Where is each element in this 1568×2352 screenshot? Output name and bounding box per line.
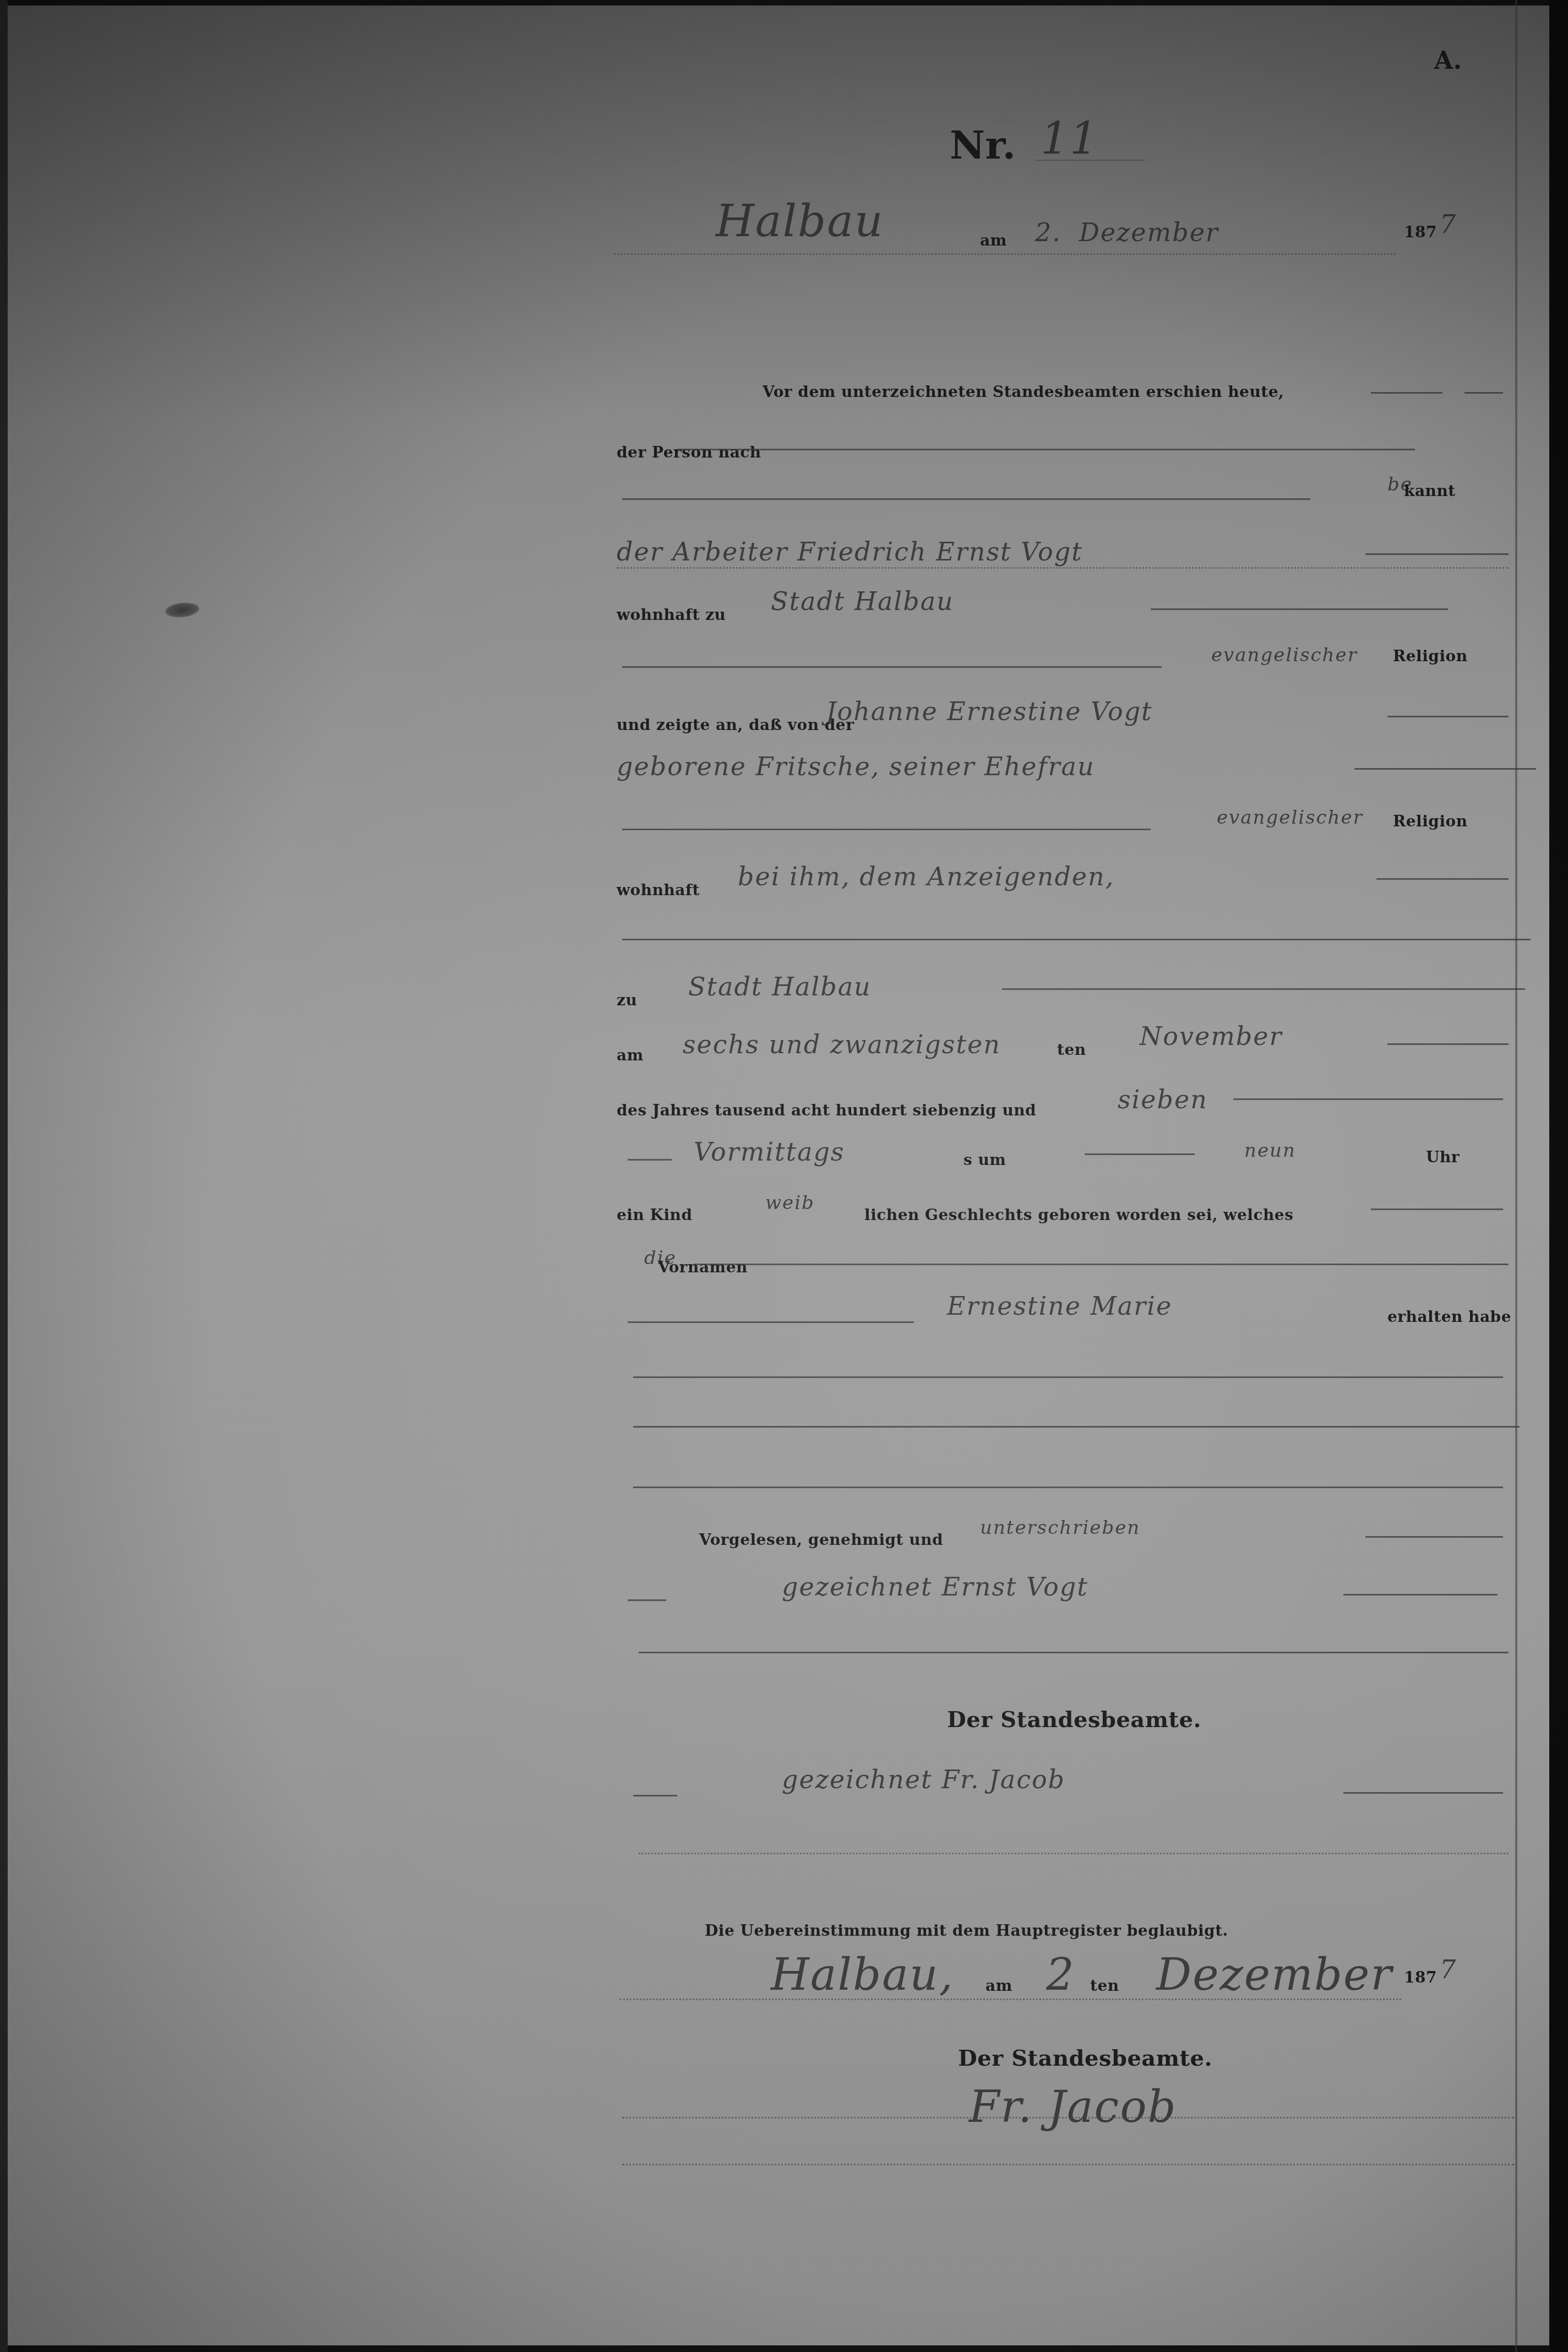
child-label: ein Kind <box>617 1206 692 1224</box>
reported-label: und zeigte an, daß von der <box>617 716 854 734</box>
scan-border-left <box>0 0 8 2352</box>
day-hand: 2. <box>1035 217 1061 247</box>
known-suffix: kannt <box>1404 482 1456 500</box>
zu-line <box>1002 988 1525 990</box>
month-hand: Dezember <box>1079 217 1219 247</box>
blank-line-4 <box>633 1487 1503 1488</box>
time-line-mid <box>1085 1153 1195 1155</box>
certification-month-hand: Dezember <box>1156 1949 1393 2000</box>
mother-residence-hand: bei ihm, dem Anzeigenden, <box>738 862 1114 891</box>
zu-label: zu <box>617 991 637 1009</box>
mother-residence-line <box>1376 878 1509 880</box>
scan-border-bottom <box>0 2345 1568 2352</box>
known-line <box>622 498 1310 500</box>
blank-line-1 <box>622 939 1531 940</box>
record-number-value: 11 <box>1041 113 1099 164</box>
year-hand: sieben <box>1118 1085 1208 1114</box>
approval-hand-2: gezeichnet Ernst Vogt <box>782 1572 1088 1602</box>
registrar-title-2: Der Standesbeamte. <box>958 2045 1212 2071</box>
registrar-line-1 <box>1343 1792 1503 1794</box>
certification-text: Die Uebereinstimmung mit dem Hauptregist… <box>705 1921 1228 1940</box>
registrar-line-pre <box>633 1795 677 1796</box>
place-date-line <box>614 253 1396 255</box>
approval-line-pre <box>628 1599 666 1601</box>
month-label: ten <box>1057 1041 1086 1059</box>
registrar-2-line-2 <box>622 2164 1514 2165</box>
corner-mark: A. <box>1434 47 1462 75</box>
blank-line-3 <box>633 1426 1520 1428</box>
vornamen-line <box>694 1264 1509 1265</box>
certification-year-digit: 7 <box>1440 1954 1457 1984</box>
religion-label-2: Religion <box>1393 812 1468 830</box>
mother-hand-2: geborene Fritsche, seiner Ehefrau <box>617 752 1095 781</box>
declarant-line <box>1365 553 1509 555</box>
residence-line <box>1151 608 1448 610</box>
given-names-line-pre <box>628 1321 914 1323</box>
certification-day-suffix: ten <box>1090 1977 1119 1995</box>
scan-border-top <box>0 0 1568 6</box>
religion-hand-2: evangelischer <box>1217 807 1363 829</box>
declarant-dotted <box>617 567 1509 569</box>
certification-year-printed: 187 <box>1404 1968 1437 1986</box>
residence-label: wohnhaft zu <box>617 606 726 624</box>
record-number-label: Nr. <box>950 122 1016 168</box>
approval-label: Vorgelesen, genehmigt und <box>699 1531 943 1549</box>
sex-label: lichen Geschlechts geboren worden sei, w… <box>864 1206 1293 1224</box>
religion-hand-1: evangelischer <box>1211 644 1358 666</box>
certification-am: am <box>986 1977 1012 1995</box>
page-margin-rule <box>1515 0 1517 2352</box>
certification-line <box>619 1999 1401 2000</box>
year-line <box>1233 1098 1503 1100</box>
uhr-label: Uhr <box>1426 1148 1460 1166</box>
birth-month-line <box>1387 1043 1509 1045</box>
zu-hand: Stadt Halbau <box>688 972 872 1001</box>
certification-day-hand: 2 <box>1046 1949 1075 2000</box>
scan-border-right <box>1549 0 1568 2352</box>
am-label-birth: am <box>617 1046 644 1064</box>
intro-text: Vor dem unterzeichneten Standesbeamten e… <box>763 383 1284 401</box>
um-label: s um <box>963 1151 1006 1169</box>
religion-line-2 <box>622 829 1151 830</box>
am-label: am <box>980 231 1007 249</box>
given-names-hand: Ernestine Marie <box>947 1291 1172 1321</box>
approval-line-2 <box>1343 1594 1498 1596</box>
mother-line-2 <box>1354 768 1536 770</box>
registrar-title-1: Der Standesbeamte. <box>947 1707 1201 1733</box>
certification-place-hand: Halbau, <box>771 1949 954 2000</box>
person-line <box>677 449 1415 450</box>
hour-hand: neun <box>1244 1140 1296 1162</box>
blank-line-2 <box>633 1376 1503 1378</box>
vornamen-label: Vornamen <box>658 1258 748 1276</box>
mother-line-1 <box>1387 716 1509 717</box>
year-label: des Jahres tausend acht hundert siebenzi… <box>617 1101 1036 1119</box>
sex-line <box>1371 1208 1503 1210</box>
sex-hand: weib <box>765 1192 815 1214</box>
approval-hand-1: unterschrieben <box>980 1517 1140 1539</box>
religion-label-1: Religion <box>1393 647 1468 665</box>
registrar-signature-1: gezeichnet Fr. Jacob <box>782 1765 1065 1794</box>
registrar-signature-2: Fr. Jacob <box>969 2081 1177 2132</box>
religion-line-1 <box>622 666 1162 668</box>
time-of-day-hand: Vormittags <box>694 1137 845 1167</box>
person-label: der Person nach <box>617 443 761 461</box>
mother-residence-label: wohnhaft <box>617 881 700 899</box>
number-underline <box>1035 160 1145 161</box>
approval-line-1 <box>1365 1536 1503 1538</box>
registrar-line-2 <box>639 1853 1509 1854</box>
mother-hand-1: Johanne Ernestine Vogt <box>826 696 1153 726</box>
time-line-pre <box>628 1159 672 1161</box>
intro-line <box>1371 392 1442 394</box>
year-digit-hand: 7 <box>1440 209 1457 239</box>
year-printed: 187 <box>1404 223 1437 241</box>
residence-hand: Stadt Halbau <box>771 586 954 616</box>
birth-day-hand: sechs und zwanzigsten <box>683 1030 1001 1059</box>
place-hand: Halbau <box>716 195 884 247</box>
approval-line-3 <box>639 1652 1509 1653</box>
birth-month-hand: November <box>1140 1021 1282 1051</box>
registrar-2-line-1 <box>622 2117 1514 2119</box>
intro-line-2 <box>1464 392 1503 394</box>
received-label: erhalten habe <box>1387 1308 1511 1326</box>
declarant-hand: der Arbeiter Friedrich Ernst Vogt <box>617 537 1083 567</box>
